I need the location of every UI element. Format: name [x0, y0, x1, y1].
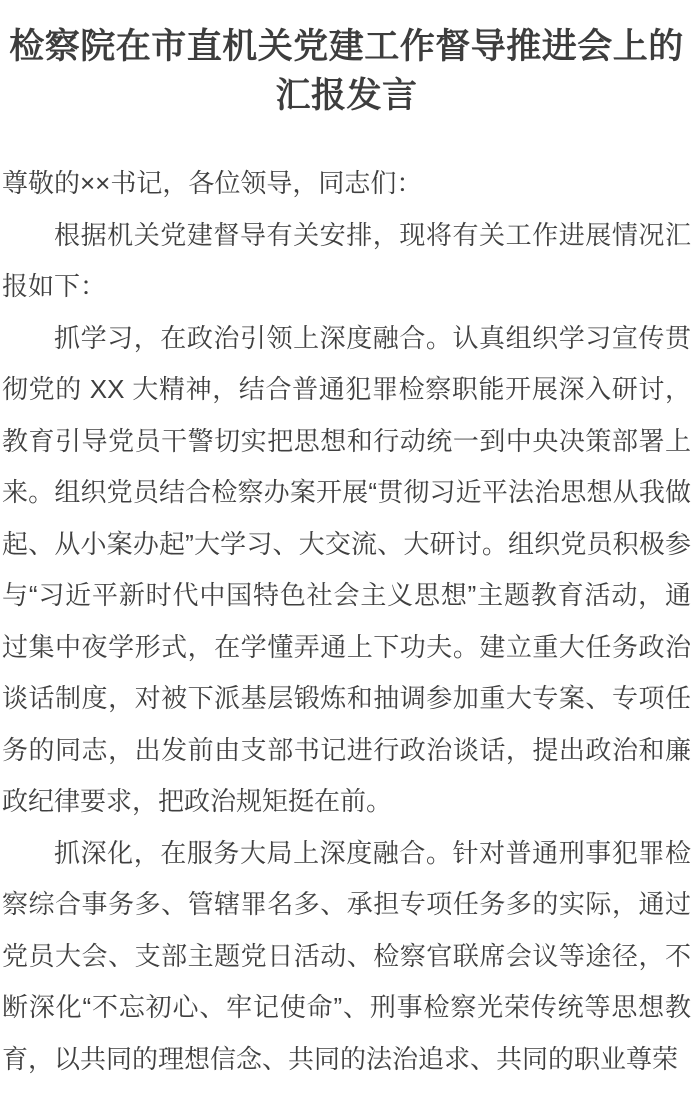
document-title: 检察院在市直机关党建工作督导推进会上的汇报发言	[2, 22, 691, 120]
paragraph-grasp-deepening: 抓深化，在服务大局上深度融合。针对普通刑事犯罪检察综合事务多、管辖罪名多、承担专…	[2, 828, 691, 1086]
paragraph-grasp-learning: 抓学习，在政治引领上深度融合。认真组织学习宣传贯彻党的 XX 大精神，结合普通犯…	[2, 313, 691, 828]
salutation-line: 尊敬的××书记，各位领导，同志们：	[2, 158, 691, 210]
document-page: 检察院在市直机关党建工作督导推进会上的汇报发言 尊敬的××书记，各位领导，同志们…	[0, 0, 693, 1097]
intro-paragraph: 根据机关党建督导有关安排，现将有关工作进展情况汇报如下：	[2, 210, 691, 313]
